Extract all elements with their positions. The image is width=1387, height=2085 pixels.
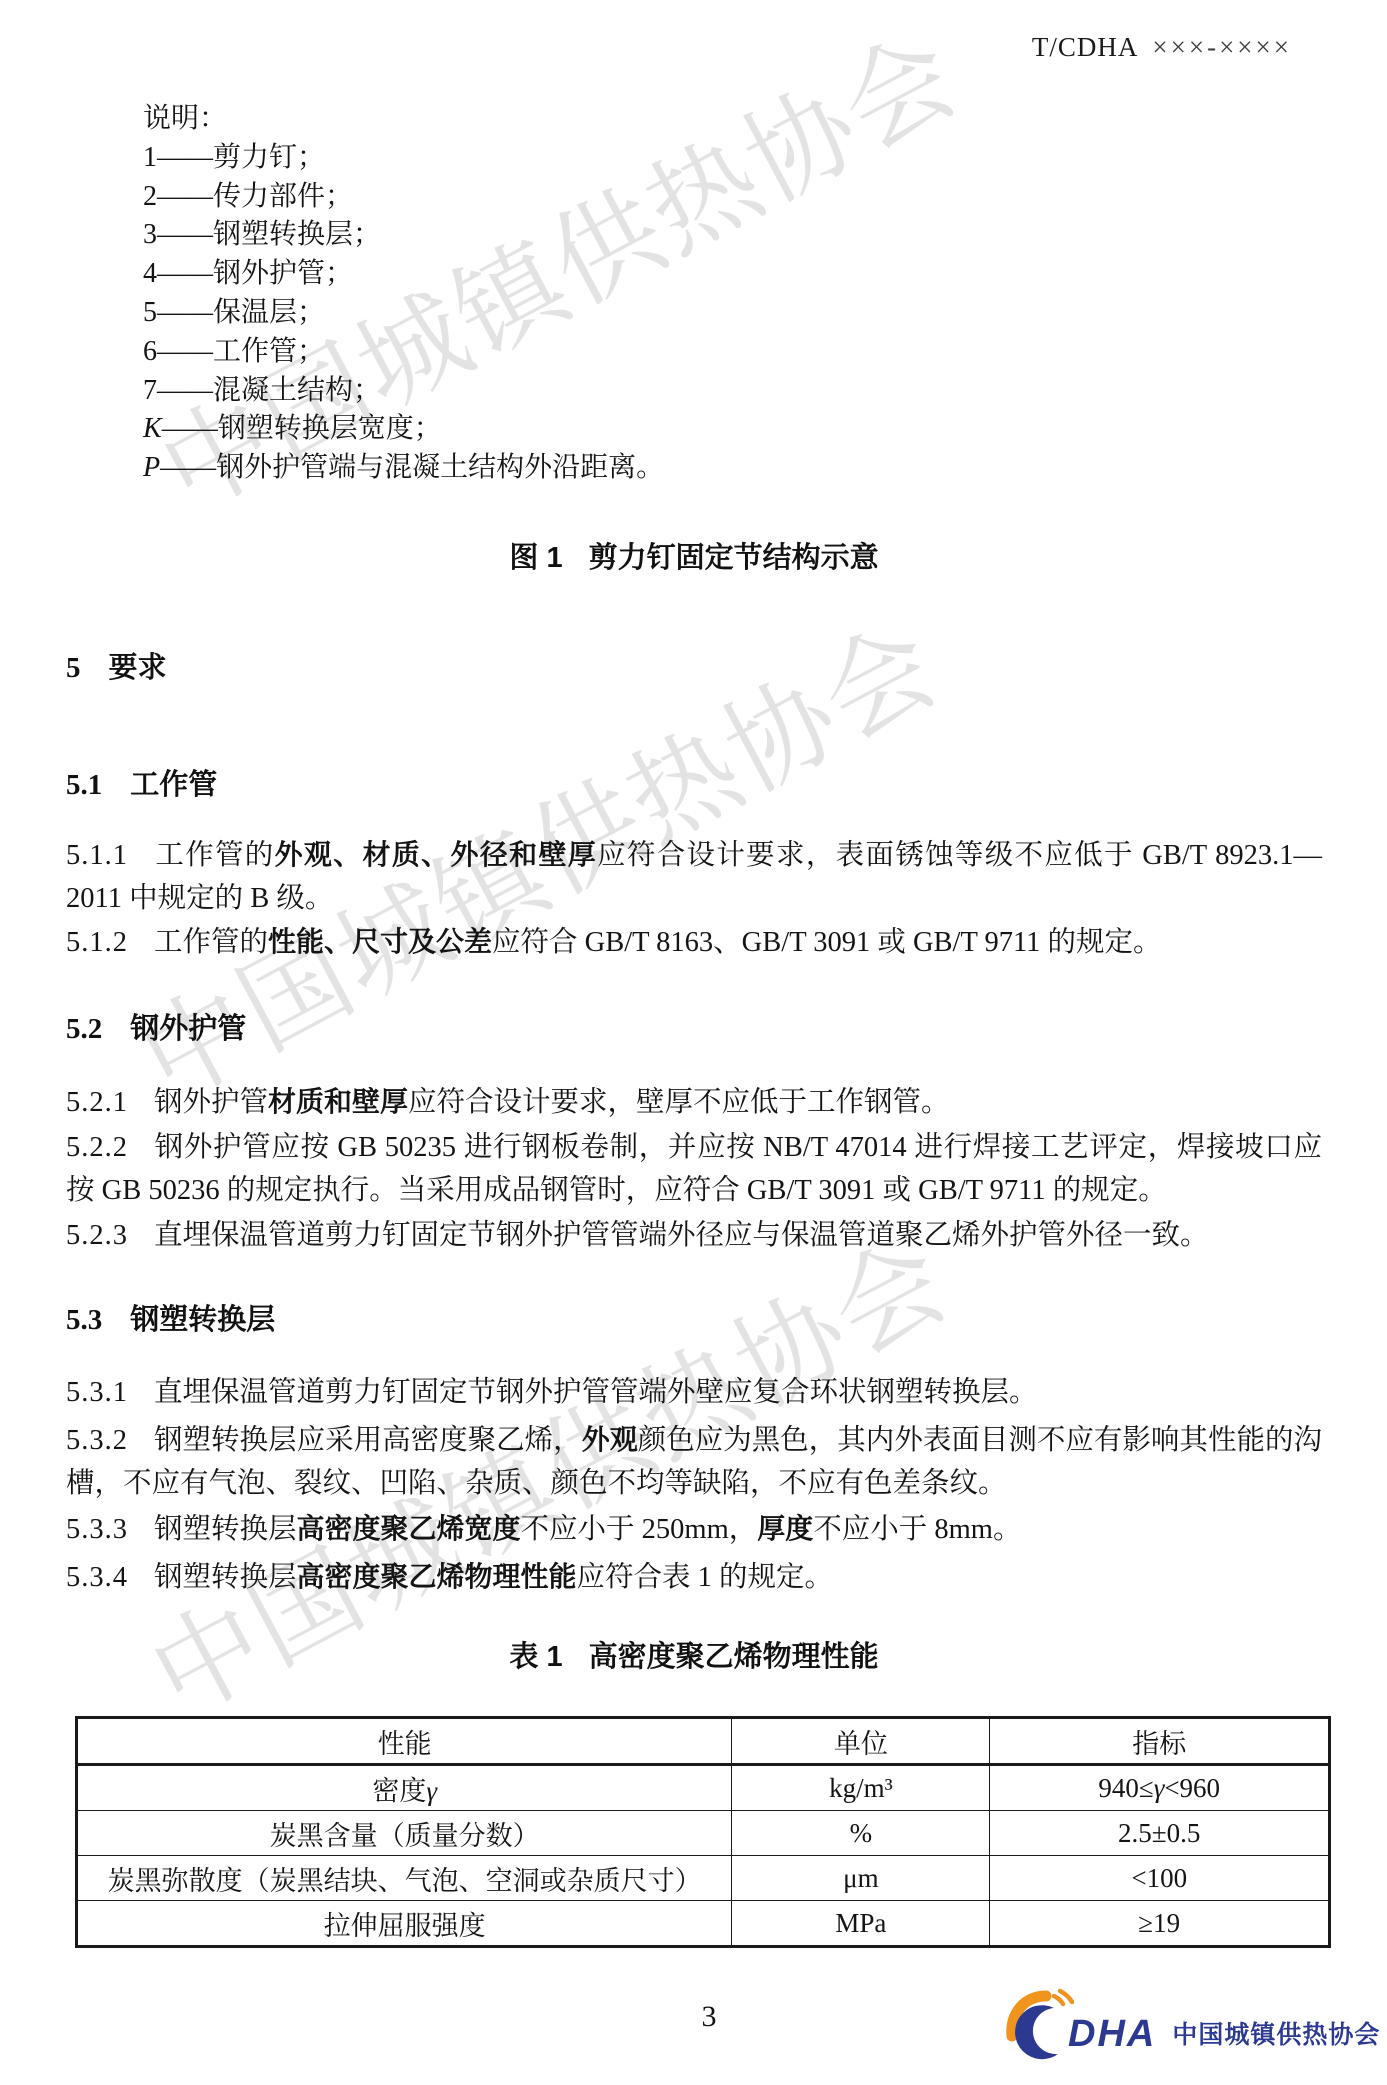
logo-association-name: 中国城镇供热协会: [1172, 2015, 1380, 2051]
cell-text: 940≤: [1098, 1773, 1153, 1803]
table-row: 炭黑含量（质量分数） % 2.5±0.5: [77, 1811, 1330, 1856]
paragraph-text: 应符合 GB/T 8163、GB/T 3091 或 GB/T 9711 的规定。: [492, 927, 1162, 958]
paragraph-text: 应符合表 1 的规定。: [577, 1562, 834, 1593]
legend-desc: ——钢外护管；: [157, 258, 353, 289]
cell-property: 拉伸屈服强度: [77, 1901, 732, 1947]
legend-key: 5: [143, 297, 157, 328]
cell-property: 密度γ: [77, 1765, 732, 1811]
cell-italic-symbol: γ: [1154, 1773, 1165, 1803]
heading-number: 5: [66, 652, 81, 684]
legend-key: 1: [143, 142, 157, 173]
table1-label: 表 1: [509, 1641, 562, 1673]
heading-number: 5.3: [66, 1304, 102, 1336]
cell-property: 炭黑含量（质量分数）: [77, 1811, 732, 1856]
legend-item: 4——钢外护管；: [143, 255, 664, 294]
heading-5-1: 5.1工作管: [66, 762, 217, 803]
paragraph-text: 不应小于 8mm。: [813, 1514, 1021, 1545]
logo-acronym: DHA: [1068, 2013, 1156, 2056]
paragraph-bold-text: 材质和壁厚: [268, 1086, 408, 1117]
paragraph-5-2-1: 5.2.1钢外护管材质和壁厚应符合设计要求，壁厚不应低于工作钢管。: [66, 1080, 1322, 1124]
paragraph-text: 直埋保温管道剪力钉固定节钢外护管管端外壁应复合环状钢塑转换层。: [154, 1377, 1038, 1408]
legend-item: K——钢塑转换层宽度；: [143, 410, 664, 449]
paragraph-number: 5.3.3: [66, 1514, 128, 1545]
paragraph-text: 钢外护管: [154, 1087, 268, 1118]
paragraph-5-3-2: 5.3.2钢塑转换层应采用高密度聚乙烯，外观颜色应为黑色，其内外表面目测不应有影…: [66, 1418, 1322, 1505]
cell-unit: μm: [732, 1856, 990, 1901]
paragraph-5-1-2: 5.1.2工作管的性能、尺寸及公差应符合 GB/T 8163、GB/T 3091…: [66, 920, 1322, 964]
paragraph-5-3-1: 5.3.1直埋保温管道剪力钉固定节钢外护管管端外壁应复合环状钢塑转换层。: [66, 1371, 1322, 1414]
table-header-row: 性能 单位 指标: [77, 1718, 1330, 1765]
paragraph-5-3-4: 5.3.4钢塑转换层高密度聚乙烯物理性能应符合表 1 的规定。: [66, 1555, 1322, 1599]
paragraph-number: 5.3.1: [66, 1377, 128, 1408]
heading-title: 要求: [109, 652, 167, 684]
legend-desc: ——剪力钉；: [157, 142, 325, 173]
paragraph-number: 5.2.3: [66, 1220, 128, 1251]
cell-unit: kg/m³: [732, 1765, 990, 1811]
column-header-indicator: 指标: [990, 1718, 1330, 1765]
cell-text: 密度: [372, 1776, 426, 1806]
association-logo: DHA 中国城镇供热协会: [1002, 1986, 1380, 2068]
legend-desc: ——传力部件；: [157, 181, 353, 212]
legend-desc: ——钢塑转换层宽度；: [162, 413, 442, 444]
table-row: 拉伸屈服强度 MPa ≥19: [77, 1901, 1330, 1947]
legend-key: 7: [143, 375, 157, 406]
cell-unit: MPa: [732, 1901, 990, 1947]
table-hdpe-properties: 性能 单位 指标 密度γ kg/m³ 940≤γ<960 炭黑含量（质量分数） …: [75, 1716, 1331, 1948]
cell-indicator: <100: [990, 1856, 1330, 1901]
cell-indicator: 940≤γ<960: [990, 1765, 1330, 1811]
paragraph-bold-text: 高密度聚乙烯宽度: [297, 1513, 521, 1544]
table1-caption: 表 1高密度聚乙烯物理性能: [66, 1634, 1322, 1675]
paragraph-number: 5.2.2: [66, 1132, 128, 1163]
running-header: T/CDHA×××-××××: [1032, 32, 1292, 63]
page-content: T/CDHA×××-×××× 说明： 1——剪力钉； 2——传力部件； 3——钢…: [0, 0, 1387, 2085]
legend-item: 1——剪力钉；: [143, 139, 664, 178]
legend-key: K: [143, 413, 162, 444]
paragraph-number: 5.1.1: [66, 840, 128, 871]
heading-5-3: 5.3钢塑转换层: [66, 1297, 275, 1338]
cell-indicator: ≥19: [990, 1901, 1330, 1947]
cell-property: 炭黑弥散度（炭黑结块、气泡、空洞或杂质尺寸）: [77, 1856, 732, 1901]
cdha-logo-mark: [1002, 1988, 1074, 2066]
legend-item: P——钢外护管端与混凝土结构外沿距离。: [143, 449, 664, 488]
paragraph-number: 5.2.1: [66, 1087, 128, 1118]
paragraph-text: 工作管的: [154, 840, 275, 871]
standard-number: ×××-××××: [1152, 32, 1292, 62]
legend-key: 2: [143, 181, 157, 212]
paragraph-bold-text: 外观、材质、外径和壁厚: [275, 839, 598, 870]
figure1-caption: 图 1剪力钉固定节结构示意: [66, 535, 1322, 576]
paragraph-text: 直埋保温管道剪力钉固定节钢外护管管端外径应与保温管道聚乙烯外护管外径一致。: [154, 1220, 1209, 1251]
logo-orange-wave-small: [1054, 1996, 1063, 2004]
legend-key: 3: [143, 219, 157, 250]
cell-indicator: 2.5±0.5: [990, 1811, 1330, 1856]
figure-legend: 说明： 1——剪力钉； 2——传力部件； 3——钢塑转换层； 4——钢外护管； …: [143, 100, 664, 488]
paragraph-number: 5.3.2: [66, 1425, 128, 1456]
paragraph-text: 应符合设计要求，壁厚不应低于工作钢管。: [408, 1087, 950, 1118]
paragraph-number: 5.3.4: [66, 1562, 128, 1593]
cell-unit: %: [732, 1811, 990, 1856]
heading-number: 5.1: [66, 769, 102, 801]
legend-desc: ——保温层；: [157, 297, 325, 328]
heading-title: 工作管: [130, 769, 217, 801]
legend-item: 7——混凝土结构；: [143, 372, 664, 411]
paragraph-number: 5.1.2: [66, 927, 128, 958]
paragraph-bold-text: 厚度: [757, 1513, 813, 1544]
paragraph-bold-text: 外观: [582, 1424, 638, 1455]
legend-title: 说明：: [143, 100, 664, 139]
legend-key: P: [143, 452, 160, 483]
column-header-property: 性能: [77, 1718, 732, 1765]
table1-title: 高密度聚乙烯物理性能: [589, 1641, 879, 1673]
heading-5: 5要求: [66, 645, 167, 686]
paragraph-bold-text: 高密度聚乙烯物理性能: [297, 1561, 577, 1592]
legend-desc: ——工作管；: [157, 336, 325, 367]
table-row: 炭黑弥散度（炭黑结块、气泡、空洞或杂质尺寸） μm <100: [77, 1856, 1330, 1901]
legend-desc: ——混凝土结构；: [157, 375, 381, 406]
cell-italic-symbol: γ: [426, 1776, 437, 1806]
heading-title: 钢塑转换层: [130, 1304, 275, 1336]
paragraph-5-2-3: 5.2.3直埋保温管道剪力钉固定节钢外护管管端外径应与保温管道聚乙烯外护管外径一…: [66, 1214, 1322, 1257]
paragraph-text: 钢塑转换层: [154, 1514, 297, 1545]
paragraph-bold-text: 性能、尺寸及公差: [268, 926, 492, 957]
paragraph-text: 钢塑转换层: [154, 1562, 297, 1593]
figure1-label: 图 1: [509, 542, 562, 574]
paragraph-5-3-3: 5.3.3钢塑转换层高密度聚乙烯宽度不应小于 250mm，厚度不应小于 8mm。: [66, 1507, 1322, 1551]
paragraph-text: 钢塑转换层应采用高密度聚乙烯，: [154, 1425, 582, 1456]
legend-key: 4: [143, 258, 157, 289]
legend-item: 5——保温层；: [143, 294, 664, 333]
paragraph-5-2-2: 5.2.2钢外护管应按 GB 50235 进行钢板卷制，并应按 NB/T 470…: [66, 1126, 1322, 1212]
cell-text: <960: [1164, 1773, 1220, 1803]
legend-desc: ——钢外护管端与混凝土结构外沿距离。: [160, 452, 664, 483]
paragraph-text: 工作管的: [154, 927, 268, 958]
standard-code: T/CDHA: [1032, 32, 1139, 62]
legend-key: 6: [143, 336, 157, 367]
paragraph-text: 钢外护管应按 GB 50235 进行钢板卷制，并应按 NB/T 47014 进行…: [66, 1132, 1322, 1206]
legend-item: 3——钢塑转换层；: [143, 216, 664, 255]
figure1-title: 剪力钉固定节结构示意: [589, 542, 879, 574]
legend-item: 6——工作管；: [143, 333, 664, 372]
heading-5-2: 5.2钢外护管: [66, 1006, 246, 1047]
table-row: 密度γ kg/m³ 940≤γ<960: [77, 1765, 1330, 1811]
legend-desc: ——钢塑转换层；: [157, 219, 381, 250]
paragraph-5-1-1: 5.1.1工作管的外观、材质、外径和壁厚应符合设计要求，表面锈蚀等级不应低于 G…: [66, 833, 1322, 920]
document-page: 中国城镇供热协会 中国城镇供热协会 中国城镇供热协会 T/CDHA×××-×××…: [0, 0, 1387, 2085]
legend-item: 2——传力部件；: [143, 178, 664, 217]
heading-number: 5.2: [66, 1013, 102, 1045]
paragraph-text: 不应小于 250mm，: [521, 1514, 758, 1545]
column-header-unit: 单位: [732, 1718, 990, 1765]
heading-title: 钢外护管: [130, 1013, 246, 1045]
